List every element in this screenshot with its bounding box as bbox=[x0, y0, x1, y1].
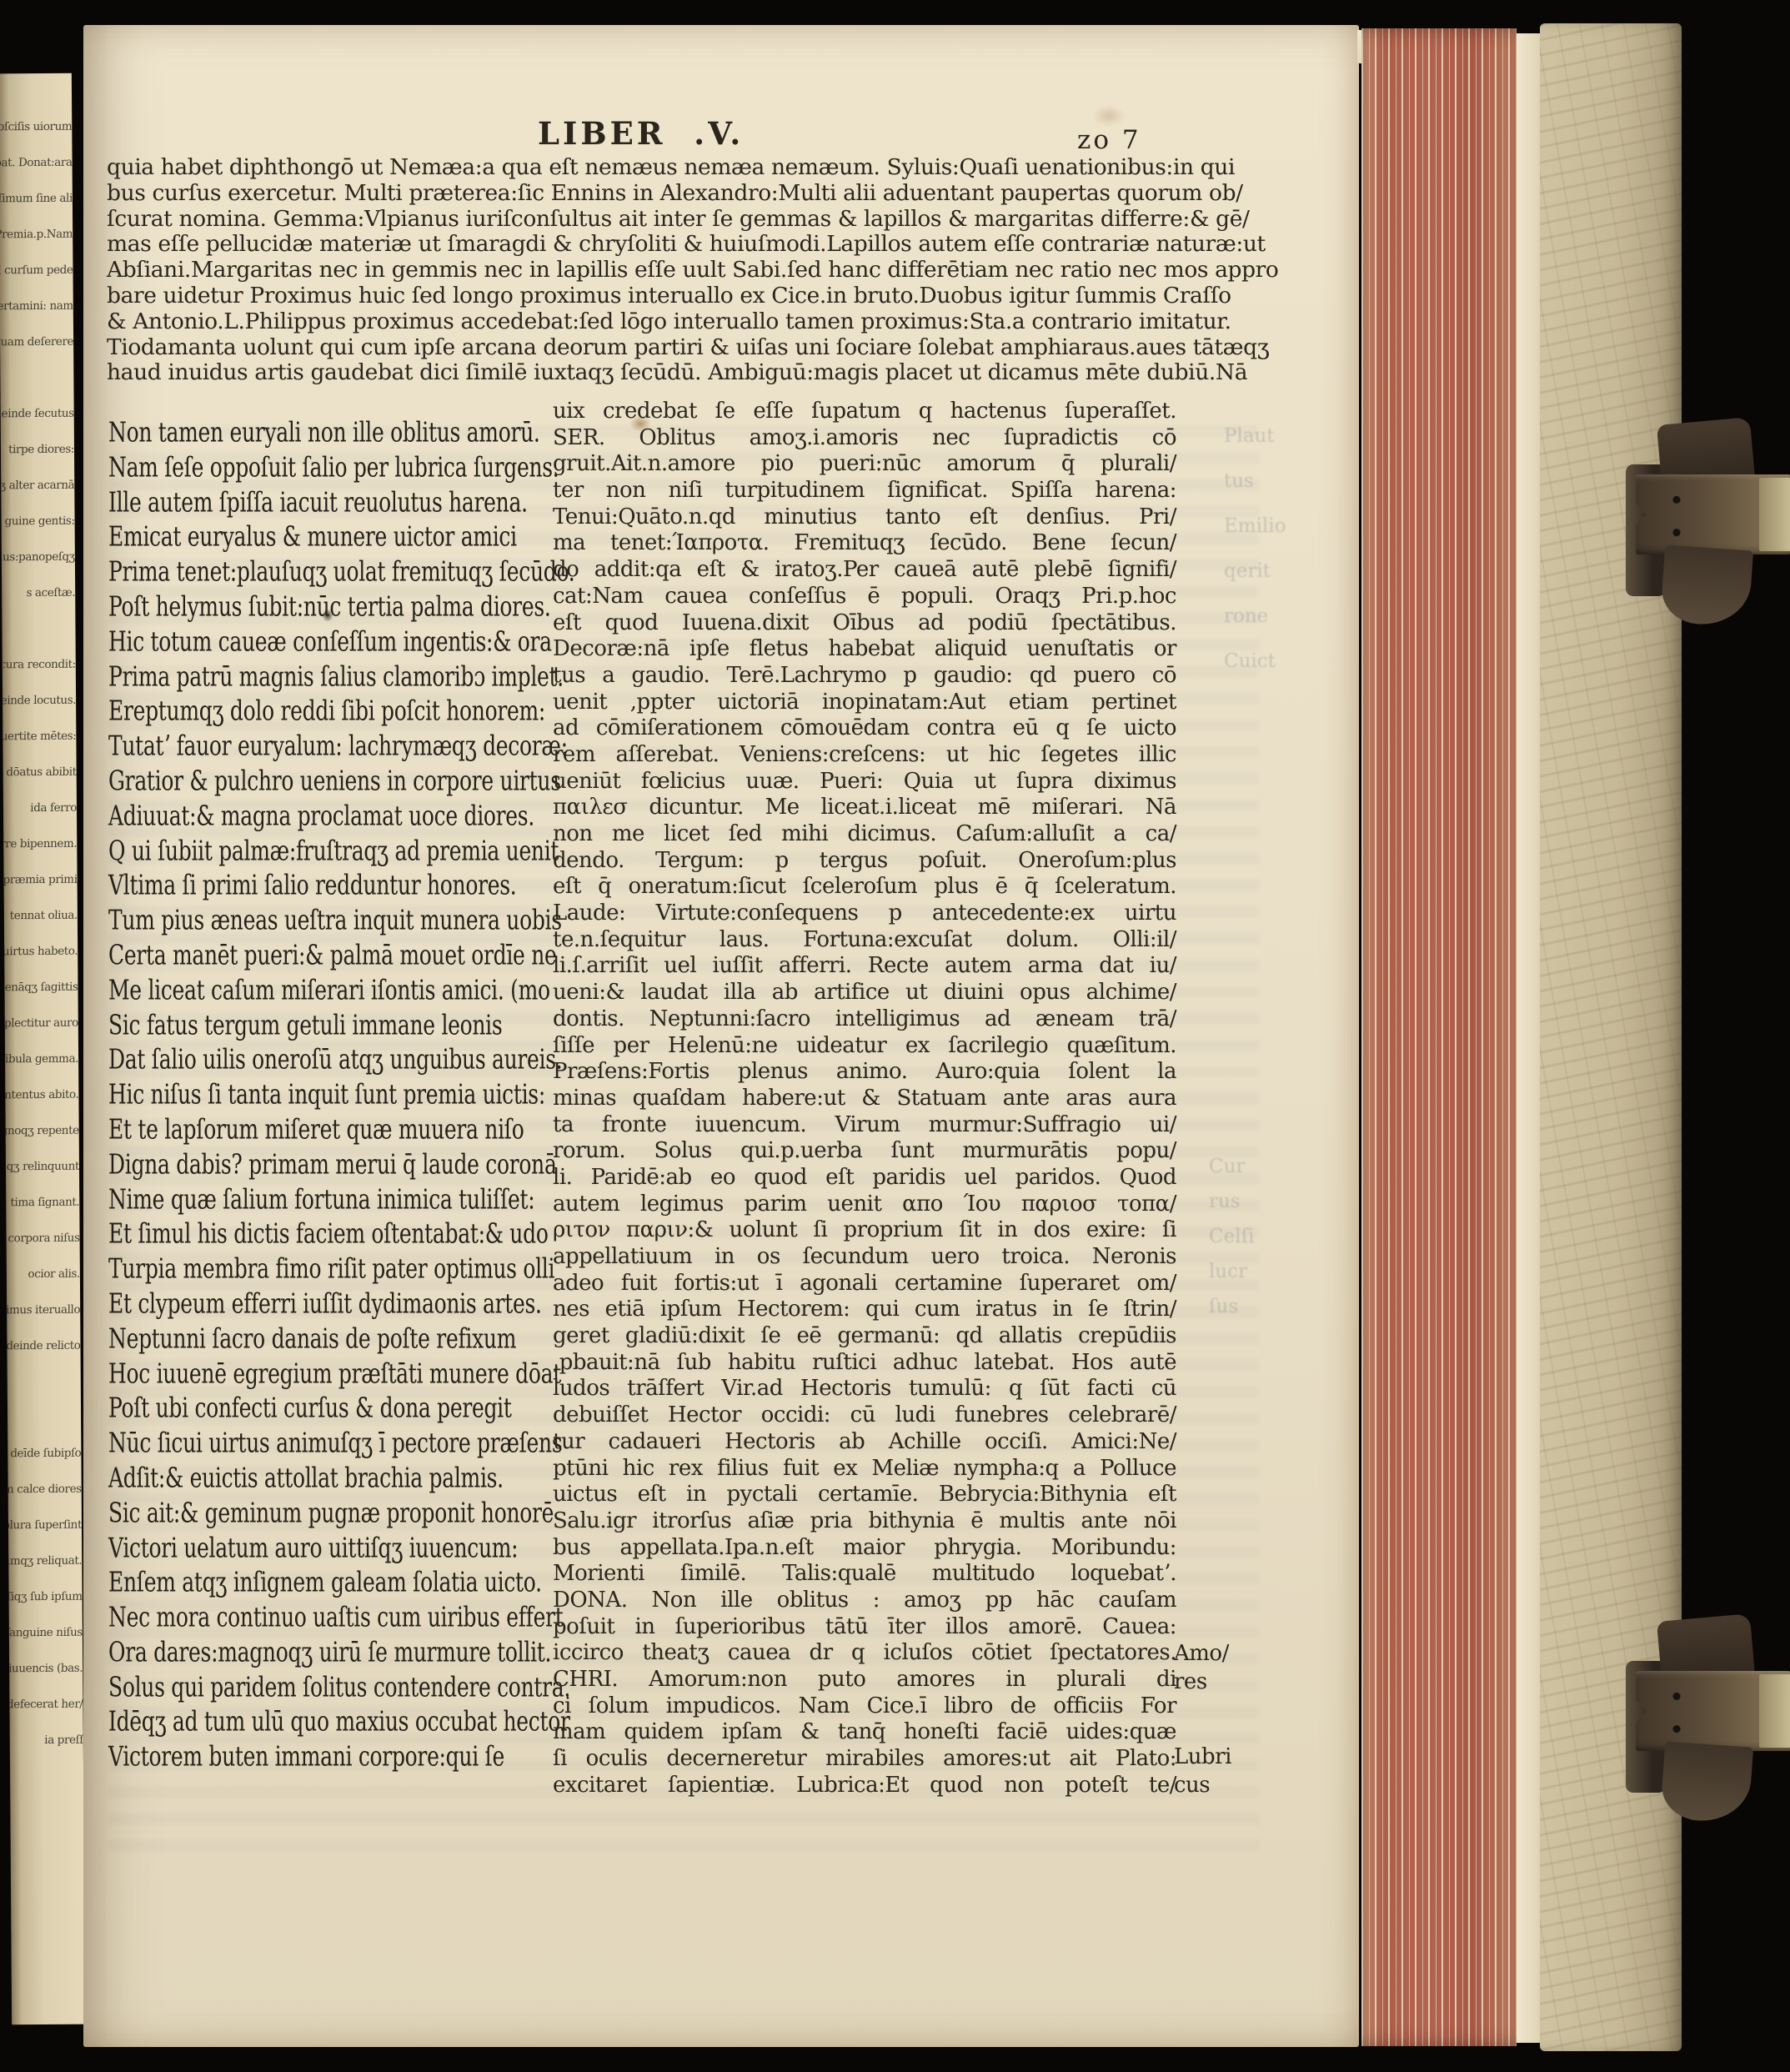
clasp-leather bbox=[1660, 1741, 1753, 1824]
intro-commentary-block: quia habet diphthongō ut Nemæa:a qua eſt… bbox=[107, 155, 1192, 386]
commentary-line: gruit.Ait.n.amore pio pueri:nūc amorum q… bbox=[553, 451, 1176, 478]
commentary-line: tus a gaudio. Terē.Lachrymo p gaudio: qd… bbox=[553, 663, 1176, 690]
clasp-rivets bbox=[1672, 493, 1681, 539]
edge-text-fragment: ferre bipennem. bbox=[3, 826, 78, 863]
commentary-line: ueniūt fœlicius uuæ. Pueri: Quia ut ſupr… bbox=[553, 769, 1176, 795]
commentary-line: Decoræ:nā ipſe fletus habebat aliquid ue… bbox=[553, 636, 1176, 663]
commentary-line: autem legimus parim uenit απο Ίου παριοσ… bbox=[553, 1192, 1176, 1218]
text-line: Tiodamanta uolunt qui cum ipſe arcana de… bbox=[107, 335, 1192, 361]
commentary-line: non me licet ſed mihi dicimus. Caſum:all… bbox=[553, 821, 1176, 848]
flyleaf-edge bbox=[1517, 33, 1542, 2043]
ghost-word: rone bbox=[1224, 594, 1286, 639]
folio-number: zo 7 bbox=[1077, 125, 1141, 155]
commentary-line: ptūni hic rex filius fuit ex Meliæ nymph… bbox=[553, 1456, 1176, 1483]
ghost-word: rus bbox=[1209, 1184, 1254, 1219]
edge-text-fragment: iam calce diores bbox=[8, 1472, 82, 1508]
verse-line: Victorem buten immani corpore:qui ſe bbox=[108, 1734, 563, 1779]
commentary-line: ludos trāſfert Vir.ad Hectoris tumulū: q… bbox=[553, 1376, 1176, 1402]
commentary-line: do addit:qa eſt & iratoʒ.Per caueā autē … bbox=[553, 557, 1176, 584]
commentary-line: Tenui:Quāto.n.qd minutius tanto eſt denſ… bbox=[553, 504, 1176, 531]
edge-text-fragment: oʒ alter acarnā bbox=[1, 468, 75, 504]
running-title: LIBER .V. bbox=[538, 115, 744, 152]
edge-text-fragment: bris abſciſis uiorum bbox=[0, 109, 73, 146]
edge-text-fragment: it fibula gemma. bbox=[4, 1041, 78, 1078]
edge-text-fragment: qʒ relinquunt bbox=[5, 1149, 79, 1186]
edge-text-fragment: aduertite mētes: bbox=[3, 719, 77, 755]
paper-stain bbox=[1092, 105, 1126, 127]
commentary-line: ſiſſe per Helenū:ne uideatur ex ſacrileg… bbox=[553, 1033, 1176, 1060]
margin-note: Amo/ bbox=[1174, 1641, 1229, 1666]
ghost-word: ſus bbox=[1209, 1289, 1254, 1324]
commentary-line: dontis. Neptunni:ſacro intelligimus ad æ… bbox=[553, 1006, 1176, 1033]
edge-text-fragment: s aceſtæ. bbox=[2, 575, 76, 612]
commentary-line: te.n.ſequitur laus. Fortuna:excuſat dolu… bbox=[553, 927, 1176, 954]
left-page-edges: bris abſciſis uiorumarebat. Donat:araeſt… bbox=[0, 73, 85, 2025]
commentary-line: Salu.igr itrorſus aſiæ pria bithynia ē m… bbox=[553, 1508, 1176, 1535]
commentary-line: ci ſolum impudicos. Nam Cice.ī libro de … bbox=[553, 1693, 1176, 1720]
commentary-line: rorum. Solus qui.p.uerba ſunt murmurātis… bbox=[553, 1138, 1176, 1165]
edge-text-fragment: eſtiſſimum ſine ali bbox=[0, 181, 73, 218]
commentary-line: SER. Oblitus amoʒ.i.amoris nec ſupradict… bbox=[553, 425, 1176, 452]
edge-text-fragment: ocior alis. bbox=[6, 1257, 80, 1293]
ghost-word: Plaut bbox=[1224, 414, 1286, 459]
commentary-line: minas quaſdam habere:ut & Statuam ante a… bbox=[553, 1086, 1176, 1112]
edge-text-fragment: ſignoqʒ repente bbox=[5, 1113, 79, 1150]
commentary-line: cat:Nam cauea conſeſſus ē populi. Oraqʒ … bbox=[553, 584, 1176, 610]
edge-text-fragment: s deinde ſecutus bbox=[0, 396, 74, 433]
edge-text-fragment: mbiguumqʒ reliquat. bbox=[8, 1543, 83, 1580]
clasp-strap-tip bbox=[1759, 1674, 1790, 1748]
commentary-line: mam quidem ipſam & tanq̄ honeſti faciē u… bbox=[553, 1719, 1176, 1746]
edge-text-fragment: ida ferro bbox=[3, 790, 77, 827]
book-clasp-bottom bbox=[1617, 1618, 1790, 1834]
text-line: haud inuidus artis gaudebat dici ſimilē … bbox=[107, 360, 1192, 386]
edge-text-fragment: tima ſignant. bbox=[6, 1185, 80, 1222]
text-line: bus curſus exercetur. Multi præterea:ſic… bbox=[107, 181, 1192, 207]
commentary-line: ριτον παριν:& uolunt ſi proprium ſit in … bbox=[553, 1217, 1176, 1244]
clasp-rivets bbox=[1672, 1689, 1681, 1736]
margin-note: cus bbox=[1174, 1773, 1210, 1798]
commentary-line: li. Paridē:ab eo quod eſt paridis uel pa… bbox=[553, 1165, 1176, 1192]
commentary-line: iccirco theatʒ cauea dr q icluſos cōtiet… bbox=[553, 1640, 1176, 1667]
commentary-line: Morienti ſimilē. Talis:qualē multitudo l… bbox=[553, 1561, 1176, 1588]
text-line: Abſiani.Margaritas nec in gemmis nec in … bbox=[107, 258, 1192, 283]
commentary-line: uenit ,ppter uictoriā inopinatam:Aut eti… bbox=[553, 690, 1176, 716]
book-clasp-top bbox=[1617, 421, 1790, 638]
edge-text-fragment: no feſſiqʒ ſub ipſum bbox=[8, 1579, 83, 1616]
edge-text-fragment: a & ſi plura ſuperſint bbox=[8, 1508, 82, 1544]
commentary-line: ueni:& laudat illa ab artifice ut diuini… bbox=[553, 980, 1176, 1006]
commentary-line: excitaret ſapientiæ. Lubrica:Et quod non… bbox=[553, 1773, 1176, 1799]
edge-text-fragment: i nō dōatus abibit bbox=[3, 755, 77, 791]
ghost-word: Cuict bbox=[1224, 639, 1286, 684]
edge-text-fragment: es præmia primi bbox=[3, 862, 78, 899]
commentary-line: CHRI. Amorum:non puto amores in plurali … bbox=[553, 1667, 1176, 1693]
edge-text-fragment: guine gentis: bbox=[1, 504, 75, 540]
clasp-leather bbox=[1660, 544, 1753, 627]
edge-text-fragment: t deinde relicto bbox=[7, 1328, 81, 1365]
ghost-word: Cur bbox=[1209, 1149, 1254, 1184]
edge-text-fragment: contentus abito. bbox=[5, 1077, 79, 1114]
edge-text-fragment: e eſt ad curſum pede bbox=[0, 253, 73, 289]
commentary-line: ter non niſi turpitudinem ſignificat. Sp… bbox=[553, 478, 1176, 504]
commentary-line: παιλεσ dicuntur. Me liceat.i.liceat mē m… bbox=[553, 795, 1176, 821]
showthrough-words: CurrusCelſilucrſus bbox=[1209, 1149, 1254, 1324]
ghost-word: qerit bbox=[1224, 549, 1286, 594]
commentary-line: ta fronte iuuencum. Virum murmur:Suffrag… bbox=[553, 1112, 1176, 1139]
commentary-line: bus appellata.Ipa.n.eſt maior phrygia. M… bbox=[553, 1535, 1176, 1562]
book-photograph: bris abſciſis uiorumarebat. Donat:araeſt… bbox=[0, 0, 1790, 2072]
commentary-line: uictus eſt in pyctali certamīe. Bebrycia… bbox=[553, 1482, 1176, 1508]
margin-note: res bbox=[1174, 1669, 1207, 1694]
edge-text-fragment: bſcura recondit: bbox=[2, 647, 76, 684]
commentary-column: uix credebat ſe eſſe ſupatum q hactenus … bbox=[553, 399, 1176, 1799]
verse-column: Non tamen euryali non ille oblitus amorū… bbox=[108, 415, 563, 1774]
commentary-line: ſi oculis decerneretur mirabiles amores:… bbox=[553, 1746, 1176, 1773]
commentary-line: uix credebat ſe eſſe ſupatum q hactenus … bbox=[553, 399, 1176, 425]
showthrough-words: PlauttusEmilioqeritroneCuict bbox=[1224, 414, 1286, 684]
commentary-line: eſt quod Iuuena.dixit Oībus ad podiū ſpe… bbox=[553, 610, 1176, 637]
commentary-line: ad cōmiſerationem cōmouēdam contra eū q … bbox=[553, 715, 1176, 742]
edge-text-fragment: corpora niſus bbox=[6, 1221, 80, 1257]
edge-text-fragment: rat. Premia.p.Nam bbox=[0, 217, 73, 253]
red-stained-fore-edge bbox=[1361, 28, 1517, 2046]
ghost-word: Emilio bbox=[1224, 504, 1286, 549]
commentary-line: ma tenet:Ίαπροτα. Fremituqʒ ſecūdo. Bene… bbox=[553, 530, 1176, 557]
edge-text-fragment: ut forte iuuencis (bas. bbox=[9, 1651, 83, 1688]
commentary-line: Laude: Virtute:conſequens p antecedente:… bbox=[553, 901, 1176, 927]
book-page: LIBER .V. zo 7 quia habet diphthongō ut … bbox=[83, 25, 1359, 2047]
edge-text-fragment: uſquam deſerere bbox=[0, 324, 74, 361]
ghost-word: tus bbox=[1224, 459, 1286, 504]
commentary-line: li.ſ.arriſit uel iuſſit afferri. Recte a… bbox=[553, 953, 1176, 980]
commentary-line: nes etiā ipſum Hectorem: qui cum iratus … bbox=[553, 1297, 1176, 1323]
ghost-word: Celſi bbox=[1209, 1219, 1254, 1254]
ghost-word: lucr bbox=[1209, 1254, 1254, 1289]
edge-text-fragment: tennat oliua. bbox=[3, 898, 78, 935]
text-line: ſcurat nomina. Gemma:Vlpianus iuriſconſu… bbox=[107, 207, 1192, 233]
edge-text-fragment: arebat. Donat:ara bbox=[0, 145, 73, 182]
edge-text-fragment: ui cum ſanguine niſus bbox=[8, 1615, 83, 1652]
margin-note: Lubri bbox=[1174, 1744, 1231, 1769]
commentary-line: rem aſſerebat. Veniens:creſcens: ut hic … bbox=[553, 742, 1176, 769]
clasp-strap-tip bbox=[1759, 478, 1790, 551]
commentary-line: poſuit in ſuperioribus tātū īter illos a… bbox=[553, 1614, 1176, 1641]
commentary-line: Præſens:Fortis plenus animo. Auro:quia ſ… bbox=[553, 1059, 1176, 1086]
edge-text-fragment: deinde locutus. bbox=[2, 683, 76, 720]
edge-text-fragment: oximus iteruallo bbox=[7, 1292, 81, 1329]
edge-text-fragment: ia preſſ bbox=[9, 1723, 83, 1759]
commentary-line: debuiſſet Hector occidi: cū ludi funebre… bbox=[553, 1402, 1176, 1429]
text-line: bare uidetur Proximus huic ſed longo pro… bbox=[107, 283, 1192, 309]
commentary-line: DONA. Non ille oblitus : amoʒ pp hāc cau… bbox=[553, 1588, 1176, 1614]
edge-text-fragment: nus:panopeſqʒ bbox=[1, 539, 75, 576]
edge-text-fragment: rā plenāqʒ ſagittis bbox=[4, 970, 78, 1006]
commentary-line: adeo fuit fortis:ut ī agonali certamine … bbox=[553, 1271, 1176, 1297]
edge-text-fragment: ſup madefecerat her/ bbox=[9, 1687, 83, 1723]
edge-text-fragment: mplectitur auro bbox=[4, 1006, 78, 1042]
commentary-line: eſt q̄ oneratum:ſicut ſceleroſum plus ē … bbox=[553, 874, 1176, 901]
text-line: quia habet diphthongō ut Nemæa:a qua eſt… bbox=[107, 155, 1192, 181]
commentary-line: geret gladiū:dixit ſe eē germanū: qd all… bbox=[553, 1323, 1176, 1350]
commentary-line: ,pbauit:nā ſub habitu ruſtici adhuc late… bbox=[553, 1350, 1176, 1377]
commentary-line: dendo. Tergum: p tergus poſuit. Oneroſum… bbox=[553, 848, 1176, 875]
edge-text-fragment: tirpe diores: bbox=[0, 432, 74, 469]
text-line: mas eſſe pellucidæ materiæ ut ſmaragdi &… bbox=[107, 232, 1192, 258]
edge-text-fragment: :quo deīde ſubipſo bbox=[8, 1436, 82, 1472]
edge-text-fragment: certamini: nam bbox=[0, 288, 73, 325]
edge-text-fragment: gne uirtus habeto. bbox=[4, 934, 78, 971]
text-line: & Antonio.L.Philippus proximus accedebat… bbox=[107, 309, 1192, 335]
commentary-line: appellatiuum in os ſecundum uero troica.… bbox=[553, 1244, 1176, 1271]
commentary-line: tur cadaueri Hectoris ab Achille occiſi.… bbox=[553, 1429, 1176, 1456]
